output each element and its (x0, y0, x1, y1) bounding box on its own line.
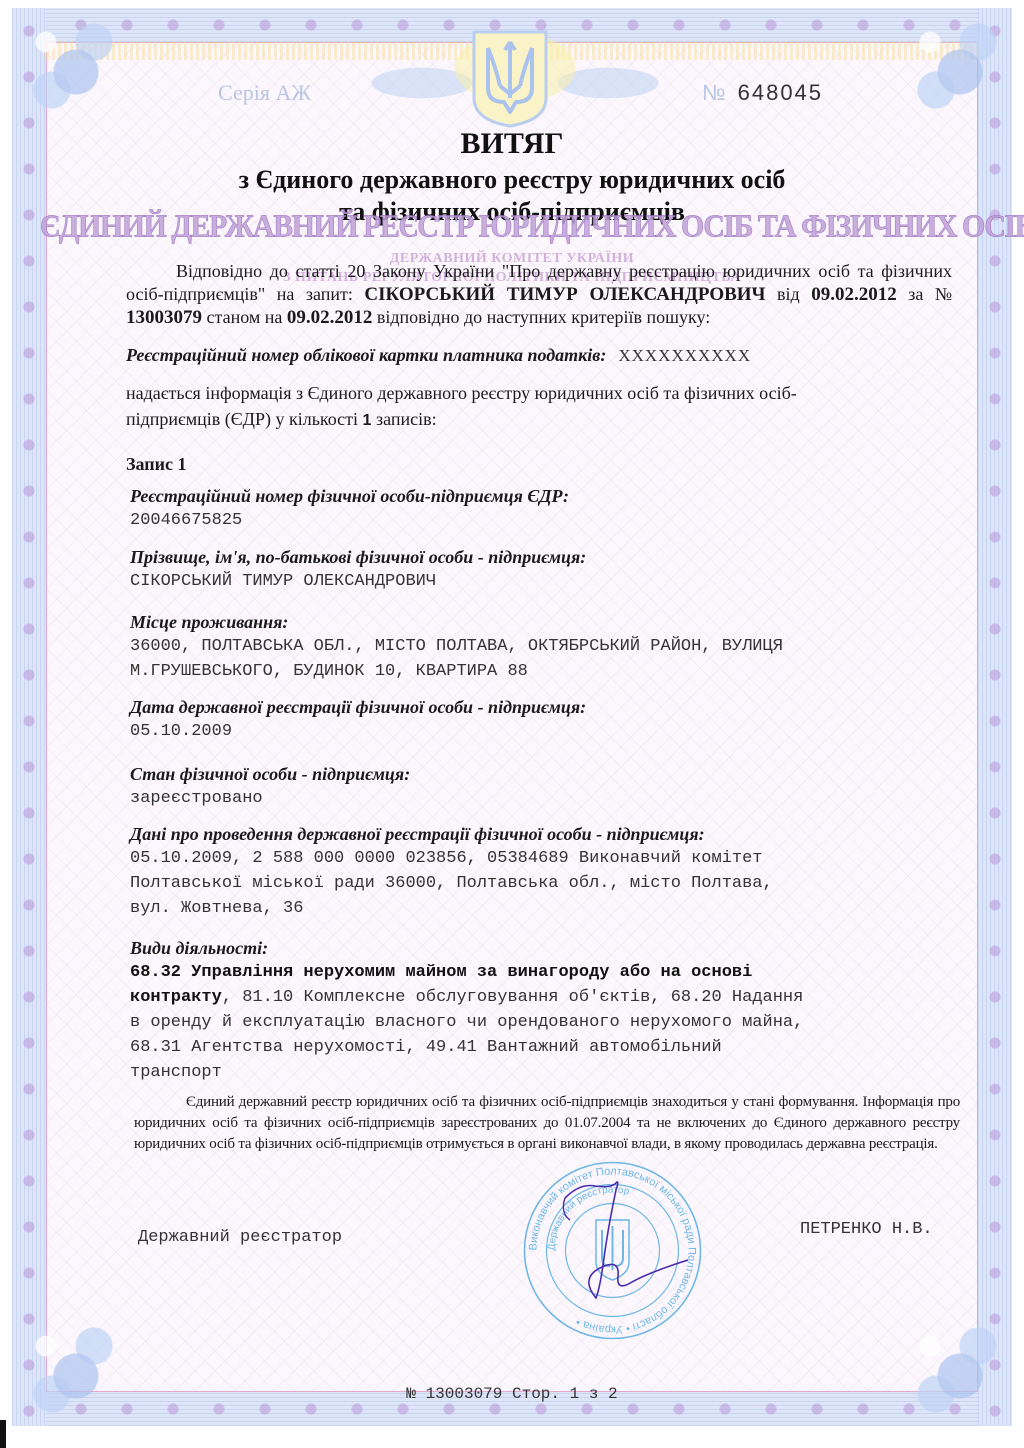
tax-number-value: XXXXXXXXXX (618, 346, 751, 365)
document-title: ВИТЯГ (0, 127, 1024, 161)
field-label: Прізвище, ім'я, по-батькові фізичної осо… (130, 545, 960, 569)
criteria-label: Реєстраційний номер облікової картки пла… (126, 345, 606, 365)
field-registration-details: Дані про проведення державної реєстрації… (130, 822, 960, 921)
field-full-name: Прізвище, ім'я, по-батькові фізичної осо… (130, 545, 960, 594)
requester-name: СІКОРСЬКИЙ ТИМУР ОЛЕКСАНДРОВИЧ (364, 284, 765, 305)
field-value: 05.10.2009, 2 588 000 0000 023856, 05384… (130, 846, 960, 921)
field-label: Місце проживання: (130, 610, 960, 634)
request-date: 09.02.2012 (811, 284, 897, 305)
register-note: Єдиний державний реєстр юридичних осіб т… (134, 1092, 960, 1155)
footer-number-sign: № (406, 1385, 416, 1403)
field-label: Види діяльності: (130, 936, 960, 960)
footer-page-current: 1 (570, 1385, 580, 1403)
status-date: 09.02.2012 (287, 307, 373, 328)
page-footer: № 13003079 Стор. 1 з 2 (0, 1385, 1024, 1403)
field-value: 68.32 Управління нерухомим майном за вин… (130, 960, 960, 1085)
field-edr-number: Реєстраційний номер фізичної особи-підпр… (130, 484, 960, 533)
field-value: СІКОРСЬКИЙ ТИМУР ОЛЕКСАНДРОВИЧ (130, 569, 960, 594)
intro-paragraph: Відповідно до статті 20 Закону України "… (126, 260, 952, 329)
record-heading: Запис 1 (126, 454, 187, 475)
document-subtitle-line2: та фізичних осіб-підприємців (0, 197, 1024, 227)
record-count: 1 (363, 412, 372, 429)
field-registration-date: Дата державної реєстрації фізичної особи… (130, 695, 960, 744)
search-criteria: Реєстраційний номер облікової картки пла… (126, 345, 751, 366)
field-label: Стан фізичної особи - підприємця: (130, 762, 960, 786)
field-activities: Види діяльності: 68.32 Управління нерухо… (130, 936, 960, 1085)
footer-page-total: 2 (608, 1385, 618, 1403)
official-stamp-icon: Виконавчий комітет Полтавської міської р… (520, 1158, 705, 1343)
field-label: Реєстраційний номер фізичної особи-підпр… (130, 484, 960, 508)
field-residence: Місце проживання: 36000, ПОЛТАВСЬКА ОБЛ.… (130, 610, 960, 684)
scan-edge-mark (0, 1420, 6, 1448)
field-label: Дата державної реєстрації фізичної особи… (130, 695, 960, 719)
field-value: 05.10.2009 (130, 719, 960, 744)
footer-of-word: з (589, 1385, 599, 1403)
form-number-value: 648045 (738, 80, 823, 105)
field-value: зареєстровано (130, 786, 960, 811)
other-activities: , 81.10 Комплексне обслуговування об'єкт… (130, 988, 803, 1082)
trident-coat-of-arms-icon (470, 28, 550, 128)
field-value: 20046675825 (130, 508, 960, 533)
document-subtitle-line1: з Єдиного державного реєстру юридичних о… (0, 165, 1024, 195)
number-sign: № (702, 80, 726, 105)
field-label: Дані про проведення державної реєстрації… (130, 822, 960, 846)
footer-request-number: 13003079 (426, 1385, 503, 1403)
form-number: №648045 (702, 80, 823, 106)
footer-page-label: Стор. (512, 1385, 560, 1403)
field-status: Стан фізичної особи - підприємця: зареєс… (130, 762, 960, 811)
registrar-role: Державний реєстратор (138, 1228, 342, 1247)
registrar-name: ПЕТРЕНКО Н.В. (800, 1220, 933, 1239)
request-number: 13003079 (126, 307, 202, 328)
provided-info-text: надається інформація з Єдиного державног… (126, 380, 886, 434)
field-value: 36000, ПОЛТАВСЬКА ОБЛ., МІСТО ПОЛТАВА, О… (130, 634, 960, 684)
series-label: Серія АЖ (218, 80, 311, 106)
